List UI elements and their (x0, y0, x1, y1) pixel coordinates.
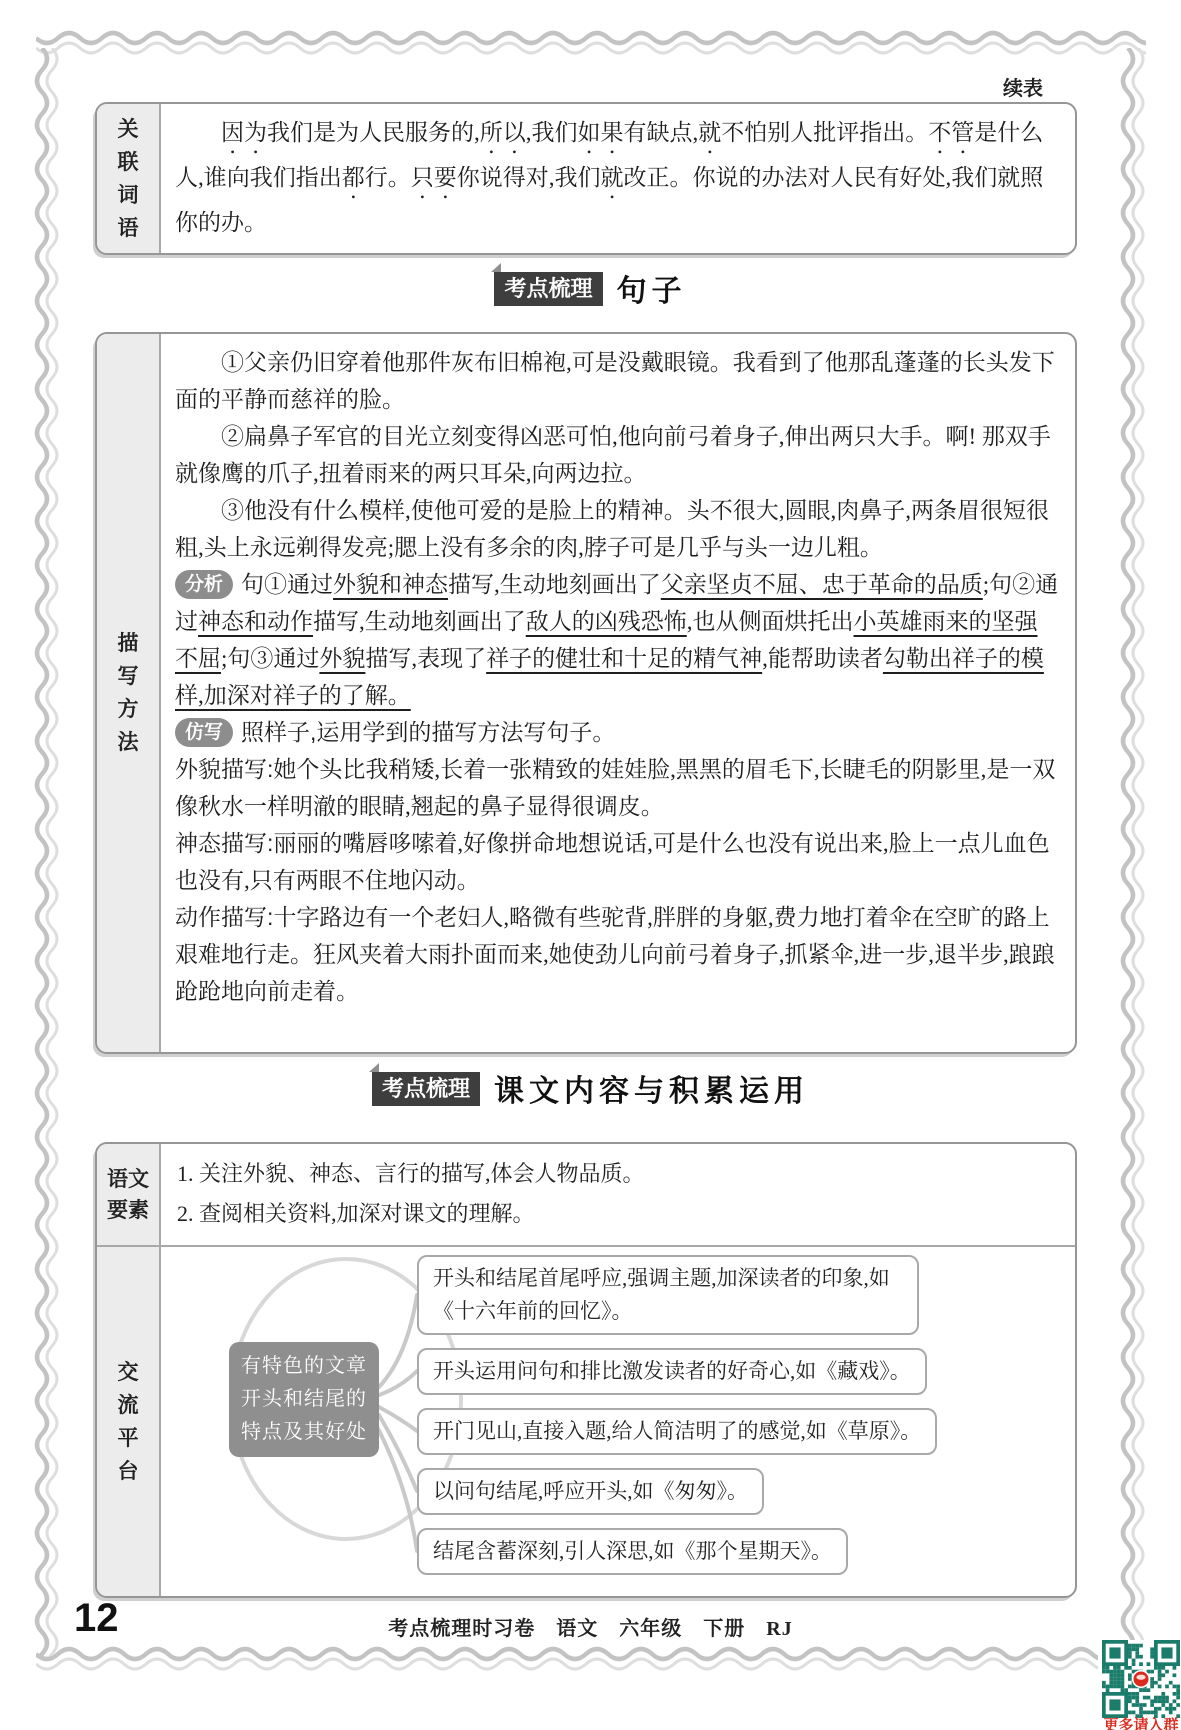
text-segment: 外貌描写: (175, 756, 273, 782)
text-segment: 不怕别人批评指出。 (721, 120, 928, 145)
text-segment: 祥子的健壮和十足的精气神 (486, 646, 762, 671)
text-segment: ,也从侧面烘托出 (687, 609, 854, 634)
exchange-platform-label-cell: 交流平台 (97, 1247, 161, 1596)
chinese-elements-label-cell: 语文要素 (97, 1144, 161, 1245)
mind-map-branch: 结尾含蓄深刻,引人深思,如《那个星期天》。 (417, 1528, 848, 1575)
text-segment: 我们是为人民服务的, (267, 120, 480, 145)
mind-map-branch: 以问句结尾,呼应开头,如《匆匆》。 (417, 1468, 764, 1515)
badge-仿写: 仿写 (175, 718, 233, 747)
footer-text: 考点梳理时习卷 语文 六年级 下册 RJ (0, 1612, 1181, 1641)
text-segment: 如果 (578, 120, 624, 145)
text-segment: 有缺点, (624, 120, 699, 145)
text-segment: 敌人的凶残恐怖 (526, 609, 687, 634)
text-segment: 神态和动作 (198, 609, 313, 634)
section-header-sentence: 考点梳理句子 (0, 266, 1181, 310)
continued-table-label: 续表 (1003, 72, 1043, 101)
related-words-box: 关联词语 因为我们是为人民服务的,所以,我们如果有缺点,就不怕别人批评指出。不管… (95, 102, 1077, 255)
top-wave-border (36, 30, 1146, 58)
text-segment: 不管 (928, 120, 974, 145)
text-segment: ③他没有什么模样,使他可爱的是脸上的精神。头不很大,圆眼,肉鼻子,两条眉很短很粗… (175, 498, 1049, 560)
text-segment: 十字路边有一个老妇人,略微有些驼背,胖胖的身躯,费力地打着伞在空旷的路上艰难地行… (175, 905, 1055, 1004)
related-words-content: 因为我们是为人民服务的,所以,我们如果有缺点,就不怕别人批评指出。不管是什么人,… (161, 104, 1075, 253)
mind-map-branch: 开头和结尾首尾呼应,强调主题,加深读者的印象,如《十六年前的回忆》。 (417, 1255, 919, 1335)
text-segment: 她个头比我稍矮,长着一张精致的娃娃脸,黑黑的眉毛下,长睫毛的阴影里,是一双像秋水… (175, 757, 1055, 819)
paragraph: 外貌描写:她个头比我稍矮,长着一张精致的娃娃脸,黑黑的眉毛下,长睫毛的阴影里,是… (175, 751, 1059, 825)
chinese-elements-label: 语文要素 (105, 1164, 151, 1226)
description-methods-label-cell: 描写方法 (97, 334, 161, 1052)
text-segment: 动作描写: (175, 904, 273, 930)
text-segment: 外貌 (319, 646, 365, 671)
mind-map-branch: 开头运用问句和排比激发读者的好奇心,如《藏戏》。 (417, 1348, 927, 1395)
text-segment: 丽丽的嘴唇哆嗦着,好像拼命地想说话,可是什么也没有说出来,脸上一点儿血色也没有,… (175, 831, 1050, 893)
section-title: 句子 (617, 266, 687, 310)
description-methods-label: 描写方法 (117, 627, 140, 759)
paragraph: ①父亲仍旧穿着他那件灰布旧棉袍,可是没戴眼镜。我看到了他那乱蓬蓬的长头发下面的平… (175, 344, 1059, 418)
text-segment: 句①通过 (241, 572, 333, 597)
text-segment: ,我们 (526, 120, 578, 145)
text-segment: 只要 (411, 165, 457, 190)
text-segment: 描写,生动地刻画出了 (313, 609, 526, 634)
list-item: 1. 关注外貌、神态、言行的描写,体会人物品质。 (177, 1154, 1059, 1194)
exam-point-badge: 考点梳理 (372, 1072, 480, 1106)
text-segment: 照样子,运用学到的描写方法写句子。 (241, 719, 615, 745)
bottom-wave-border (36, 1646, 1098, 1674)
text-segment: 描写,生动地刻画出了 (448, 572, 661, 597)
paragraph: 神态描写:丽丽的嘴唇哆嗦着,好像拼命地想说话,可是什么也没有说出来,脸上一点儿血… (175, 825, 1059, 899)
mind-map-branch: 开门见山,直接入题,给人简洁明了的感觉,如《草原》。 (417, 1408, 937, 1455)
mind-map-area: 有特色的文章开头和结尾的特点及其好处 开头和结尾首尾呼应,强调主题,加深读者的印… (161, 1247, 1075, 1596)
text-segment: 就 (601, 165, 624, 190)
list-item: 2. 查阅相关资料,加深对课文的理解。 (177, 1194, 1059, 1234)
chinese-elements-content: 1. 关注外貌、神态、言行的描写,体会人物品质。2. 查阅相关资料,加深对课文的… (161, 1144, 1075, 1245)
text-segment: 所以 (480, 120, 526, 145)
related-words-paragraph: 因为我们是为人民服务的,所以,我们如果有缺点,就不怕别人批评指出。不管是什么人,… (175, 114, 1059, 241)
text-segment: 描写,表现了 (365, 646, 486, 671)
exam-point-badge: 考点梳理 (494, 272, 602, 306)
paragraph: 仿写照样子,运用学到的描写方法写句子。 (175, 714, 1059, 751)
text-segment: ①父亲仍旧穿着他那件灰布旧棉袍,可是没戴眼镜。我看到了他那乱蓬蓬的长头发下面的平… (175, 350, 1055, 412)
text-segment: 神态描写: (175, 830, 273, 856)
text-segment: 你说得对,我们 (457, 165, 601, 190)
text-segment: ②扁鼻子军官的目光立刻变得凶恶可怕,他向前弓着身子,伸出两只大手。啊! 那双手就… (175, 424, 1051, 486)
text-segment: 行。 (365, 165, 411, 190)
mind-map-branches: 开头和结尾首尾呼应,强调主题,加深读者的印象,如《十六年前的回忆》。开头运用问句… (417, 1255, 937, 1575)
description-methods-content: ①父亲仍旧穿着他那件灰布旧棉袍,可是没戴眼镜。我看到了他那乱蓬蓬的长头发下面的平… (161, 334, 1075, 1052)
text-segment: 因为 (221, 120, 267, 145)
paragraph: 动作描写:十字路边有一个老妇人,略微有些驼背,胖胖的身躯,费力地打着伞在空旷的路… (175, 899, 1059, 1010)
text-segment: 就 (698, 120, 721, 145)
badge-分析: 分析 (175, 570, 233, 599)
exchange-platform-row: 交流平台 有特色的文章开头和结尾的特点及其好处 开头和结尾首尾呼应,强调主题,加… (97, 1247, 1075, 1596)
related-words-label: 关联词语 (117, 113, 140, 245)
section-header-content: 考点梳理课文内容与积累运用 (0, 1066, 1181, 1110)
description-methods-box: 描写方法 ①父亲仍旧穿着他那件灰布旧棉袍,可是没戴眼镜。我看到了他那乱蓬蓬的长头… (95, 332, 1077, 1054)
section-title: 课文内容与积累运用 (494, 1066, 809, 1110)
text-segment: ;句③通过 (221, 646, 319, 671)
workbook-page: 王朝霞 续表 关联词语 因为我们是为人民服务的,所以,我们如果有缺点,就不怕别人… (0, 0, 1181, 1730)
text-segment: 都 (342, 165, 365, 190)
mind-map-center-node: 有特色的文章开头和结尾的特点及其好处 (229, 1342, 379, 1457)
text-segment: 外貌和神态 (333, 572, 448, 597)
qr-caption: 更多请入群 (1096, 1714, 1181, 1730)
text-segment: ,能帮助读者 (762, 646, 883, 671)
paragraph: ③他没有什么模样,使他可爱的是脸上的精神。头不很大,圆眼,肉鼻子,两条眉很短很粗… (175, 492, 1059, 566)
related-words-label-cell: 关联词语 (97, 104, 161, 253)
text-segment: 父亲坚贞不屈、忠于革命的品质 (661, 572, 983, 597)
paragraph: 分析句①通过外貌和神态描写,生动地刻画出了父亲坚贞不屈、忠于革命的品质;句②通过… (175, 566, 1059, 714)
chinese-elements-row: 语文要素 1. 关注外貌、神态、言行的描写,体会人物品质。2. 查阅相关资料,加… (97, 1144, 1075, 1247)
qr-code (1102, 1640, 1180, 1718)
exchange-platform-label: 交流平台 (117, 1356, 140, 1488)
elements-platform-box: 语文要素 1. 关注外貌、神态、言行的描写,体会人物品质。2. 查阅相关资料,加… (95, 1142, 1077, 1598)
paragraph: ②扁鼻子军官的目光立刻变得凶恶可怕,他向前弓着身子,伸出两只大手。啊! 那双手就… (175, 418, 1059, 492)
